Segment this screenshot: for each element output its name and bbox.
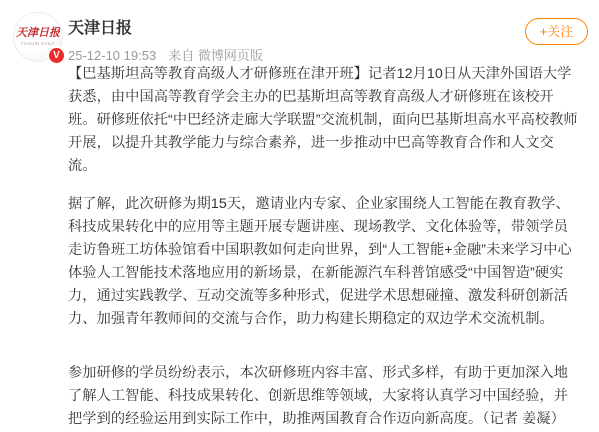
- post-paragraph: 【巴基斯坦高等教育高级人才研修班在津开班】记者12月10日从天津外国语大学获悉，…: [68, 63, 581, 178]
- verified-v-icon: V: [47, 46, 66, 65]
- post-paragraph: 参加研修的学员纷纷表示，本次研修班内容丰富、形式多样，有助于更加深入地了解人工智…: [68, 362, 581, 431]
- avatar[interactable]: 天津日报 TIANJIN DAILY V: [13, 12, 63, 62]
- author-info: 天津日报 25-12-10 19:53来自 微博网页版: [68, 12, 588, 64]
- post-meta: 25-12-10 19:53来自 微博网页版: [68, 45, 588, 64]
- post-header: 天津日报 TIANJIN DAILY V 天津日报 25-12-10 19:53…: [13, 12, 588, 62]
- source-prefix: 来自: [168, 48, 194, 63]
- post-paragraph: 据了解，此次研修为期15天，邀请业内专家、企业家围绕人工智能在教育教学、科技成果…: [68, 193, 581, 331]
- author-name[interactable]: 天津日报: [68, 15, 132, 38]
- timestamp-link[interactable]: 25-12-10 19:53: [68, 48, 156, 63]
- follow-button[interactable]: +关注: [525, 18, 588, 45]
- source-link[interactable]: 微博网页版: [198, 48, 263, 63]
- avatar-logo-subtext: TIANJIN DAILY: [21, 41, 55, 46]
- avatar-logo-text: 天津日报: [16, 27, 60, 39]
- post-content: 【巴基斯坦高等教育高级人才研修班在津开班】记者12月10日从天津外国语大学获悉，…: [68, 63, 581, 431]
- weibo-post-card: 天津日报 TIANJIN DAILY V 天津日报 25-12-10 19:53…: [0, 0, 599, 432]
